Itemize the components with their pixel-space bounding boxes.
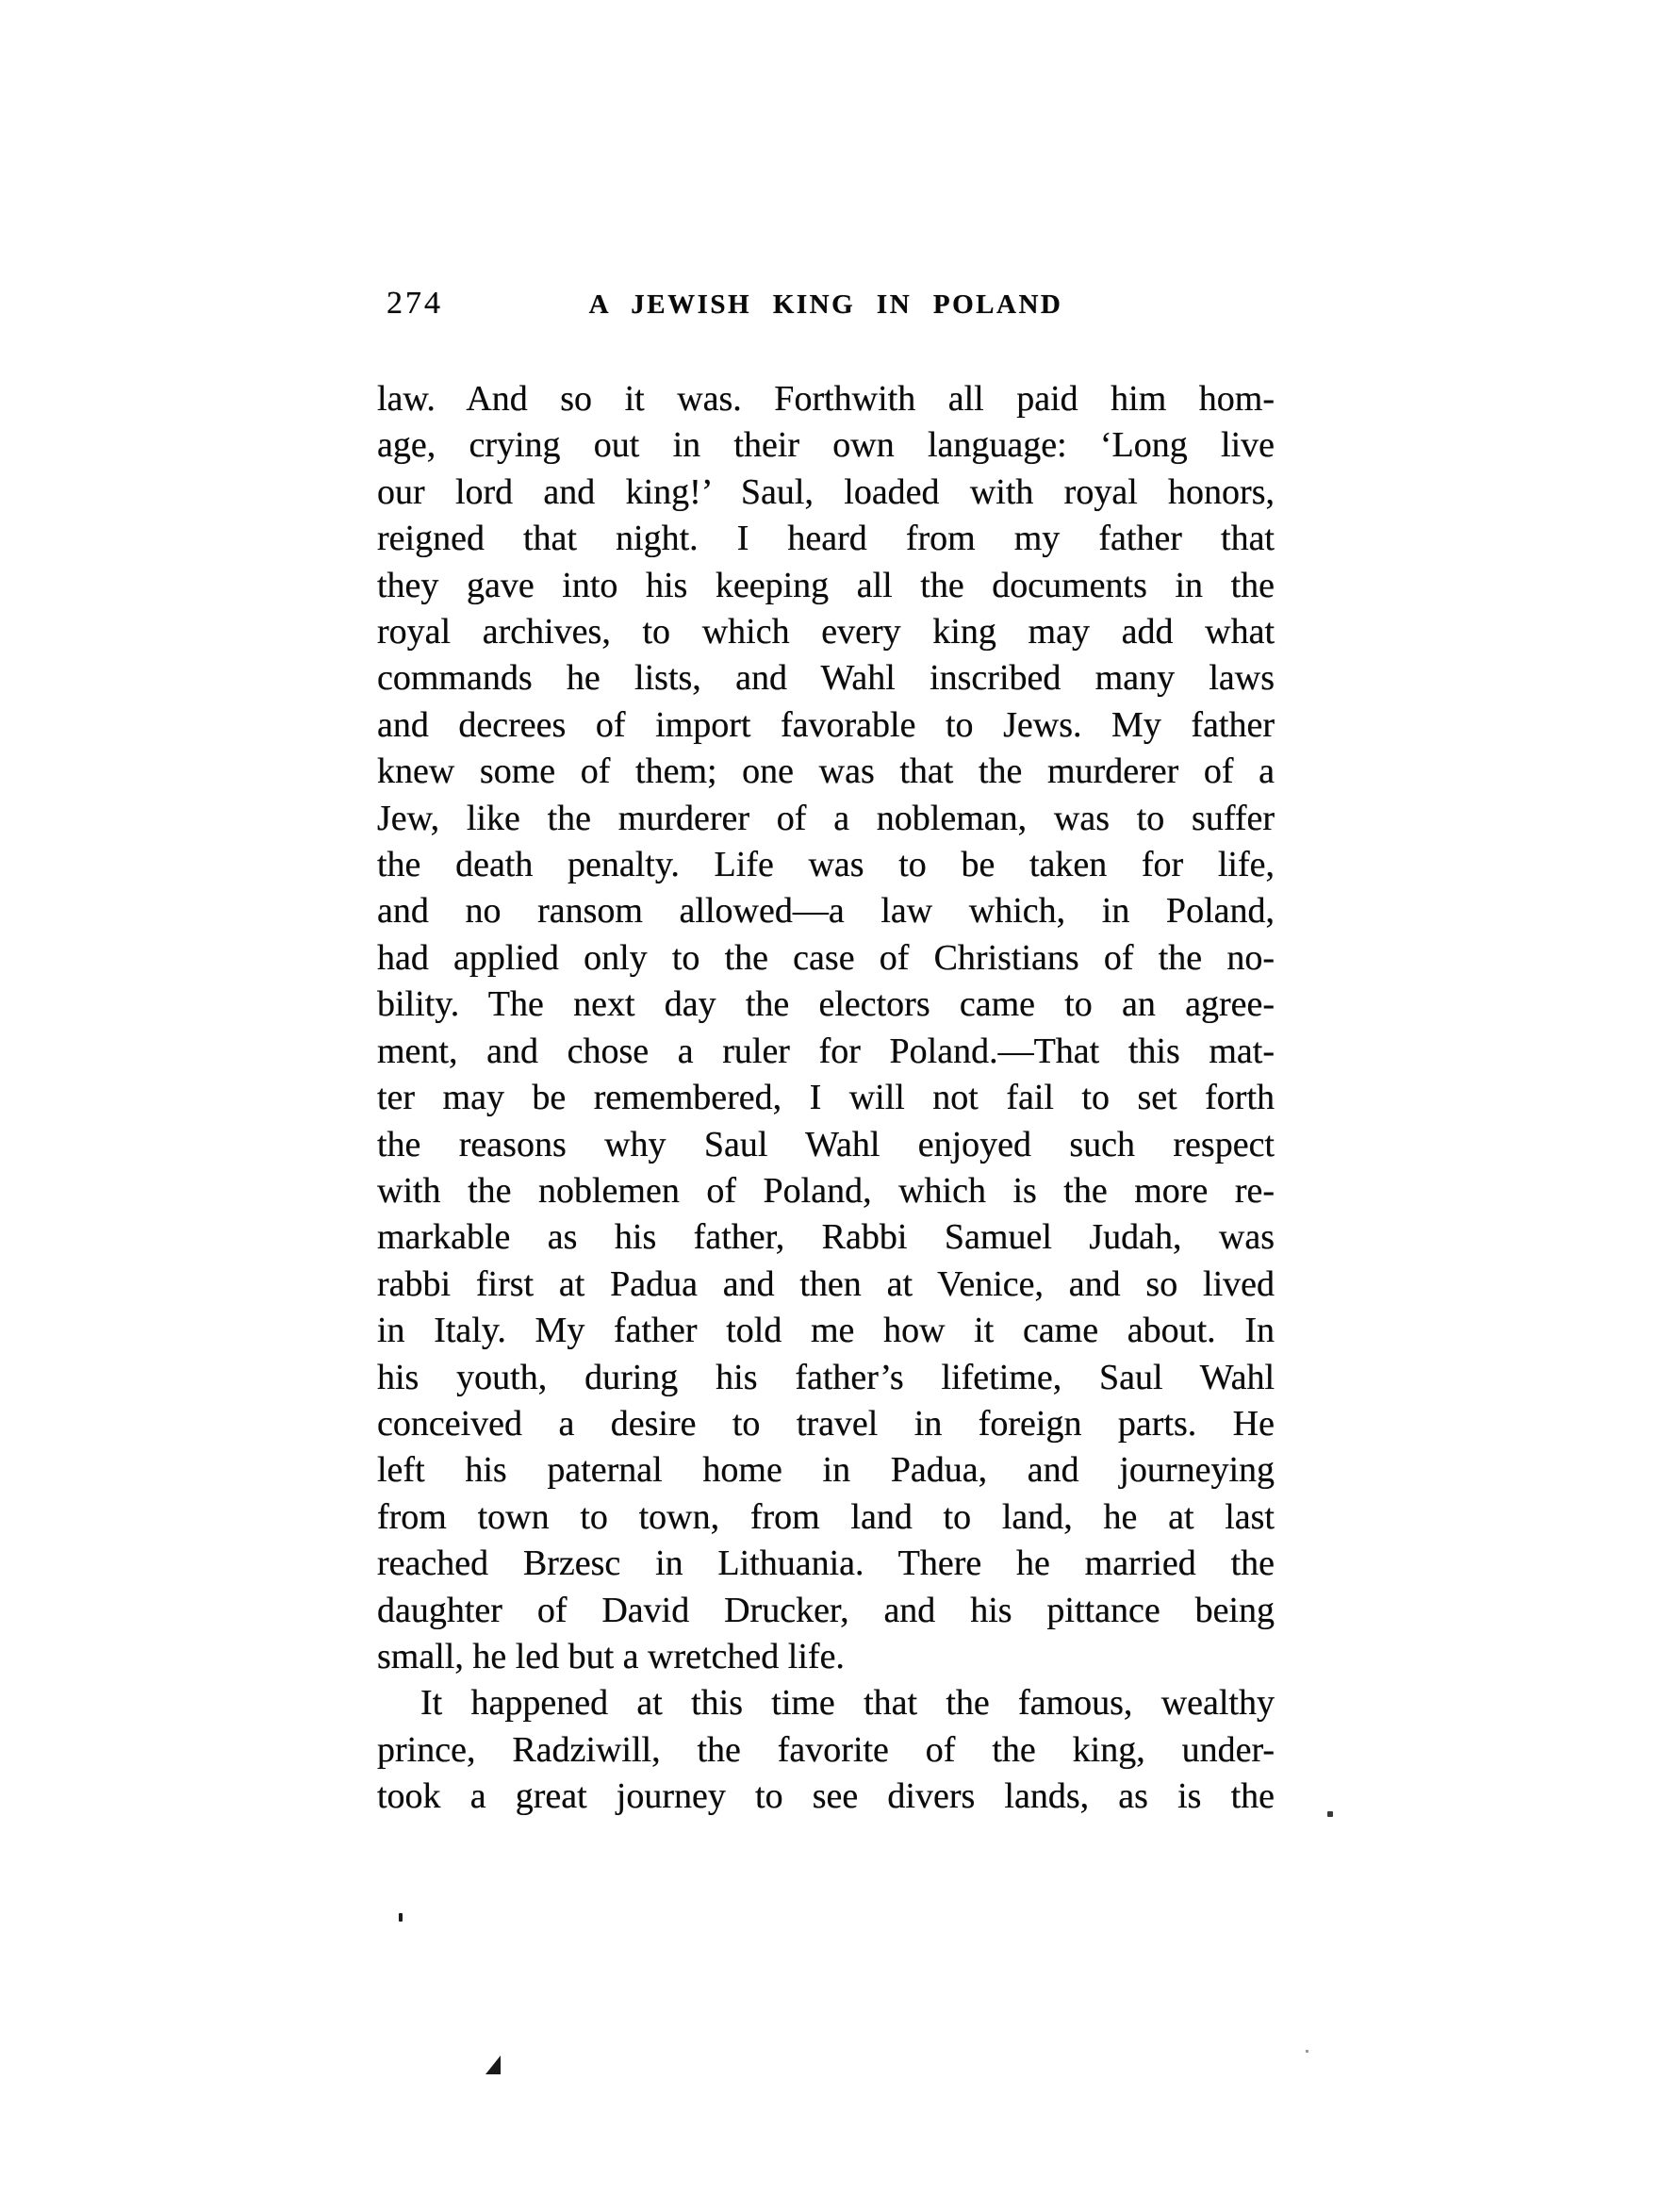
text-line: royal archives, to which every king may … <box>377 609 1275 655</box>
text-line: from town to town, from land to land, he… <box>377 1494 1275 1541</box>
ink-blot-triangle <box>485 2055 501 2074</box>
scanned-book-page: 274 A JEWISH KING IN POLAND law. And so … <box>0 0 1662 2212</box>
text-line: commands he lists, and Wahl inscribed ma… <box>377 655 1275 702</box>
text-line: left his paternal home in Padua, and jou… <box>377 1447 1275 1494</box>
text-line: took a great journey to see divers lands… <box>377 1774 1275 1820</box>
text-line: ter may be remembered, I will not fail t… <box>377 1075 1275 1121</box>
text-line: bility. The next day the electors came t… <box>377 982 1275 1028</box>
text-line: and no ransom allowed—a law which, in Po… <box>377 888 1275 934</box>
text-line: they gave into his keeping all the docum… <box>377 563 1275 609</box>
text-line: our lord and king!’ Saul, loaded with ro… <box>377 470 1275 516</box>
text-line: in Italy. My father told me how it came … <box>377 1308 1275 1354</box>
page-header: 274 A JEWISH KING IN POLAND <box>377 284 1275 331</box>
text-line: reigned that night. I heard from my fath… <box>377 516 1275 562</box>
text-line: Jew, like the murderer of a nobleman, wa… <box>377 796 1275 842</box>
text-line: It happened at this time that the famous… <box>377 1680 1275 1726</box>
body-text: law. And so it was. Forthwith all paid h… <box>377 376 1275 1821</box>
text-line: age, crying out in their own language: ‘… <box>377 422 1275 469</box>
text-line: with the noblemen of Poland, which is th… <box>377 1168 1275 1214</box>
text-line: markable as his father, Rabbi Samuel Jud… <box>377 1214 1275 1261</box>
text-line: rabbi first at Padua and then at Venice,… <box>377 1262 1275 1308</box>
text-line: law. And so it was. Forthwith all paid h… <box>377 376 1275 422</box>
text-line: small, he led but a wretched life. <box>377 1634 1275 1680</box>
text-line: the reasons why Saul Wahl enjoyed such r… <box>377 1122 1275 1168</box>
text-line: prince, Radziwill, the favorite of the k… <box>377 1727 1275 1774</box>
text-line: knew some of them; one was that the murd… <box>377 749 1275 795</box>
text-line: daughter of David Drucker, and his pitta… <box>377 1588 1275 1634</box>
text-line: reached Brzesc in Lithuania. There he ma… <box>377 1541 1275 1587</box>
ink-speck <box>1327 1811 1333 1817</box>
text-line: conceived a desire to travel in foreign … <box>377 1401 1275 1447</box>
ink-speck <box>1306 2050 1308 2053</box>
running-title: A JEWISH KING IN POLAND <box>377 289 1275 321</box>
text-line: had applied only to the case of Christia… <box>377 935 1275 982</box>
text-line: his youth, during his father’s lifetime,… <box>377 1355 1275 1401</box>
text-line: ment, and chose a ruler for Poland.—That… <box>377 1029 1275 1075</box>
text-line: the death penalty. Life was to be taken … <box>377 842 1275 888</box>
ink-speck <box>399 1913 403 1922</box>
text-line: and decrees of import favorable to Jews.… <box>377 702 1275 749</box>
